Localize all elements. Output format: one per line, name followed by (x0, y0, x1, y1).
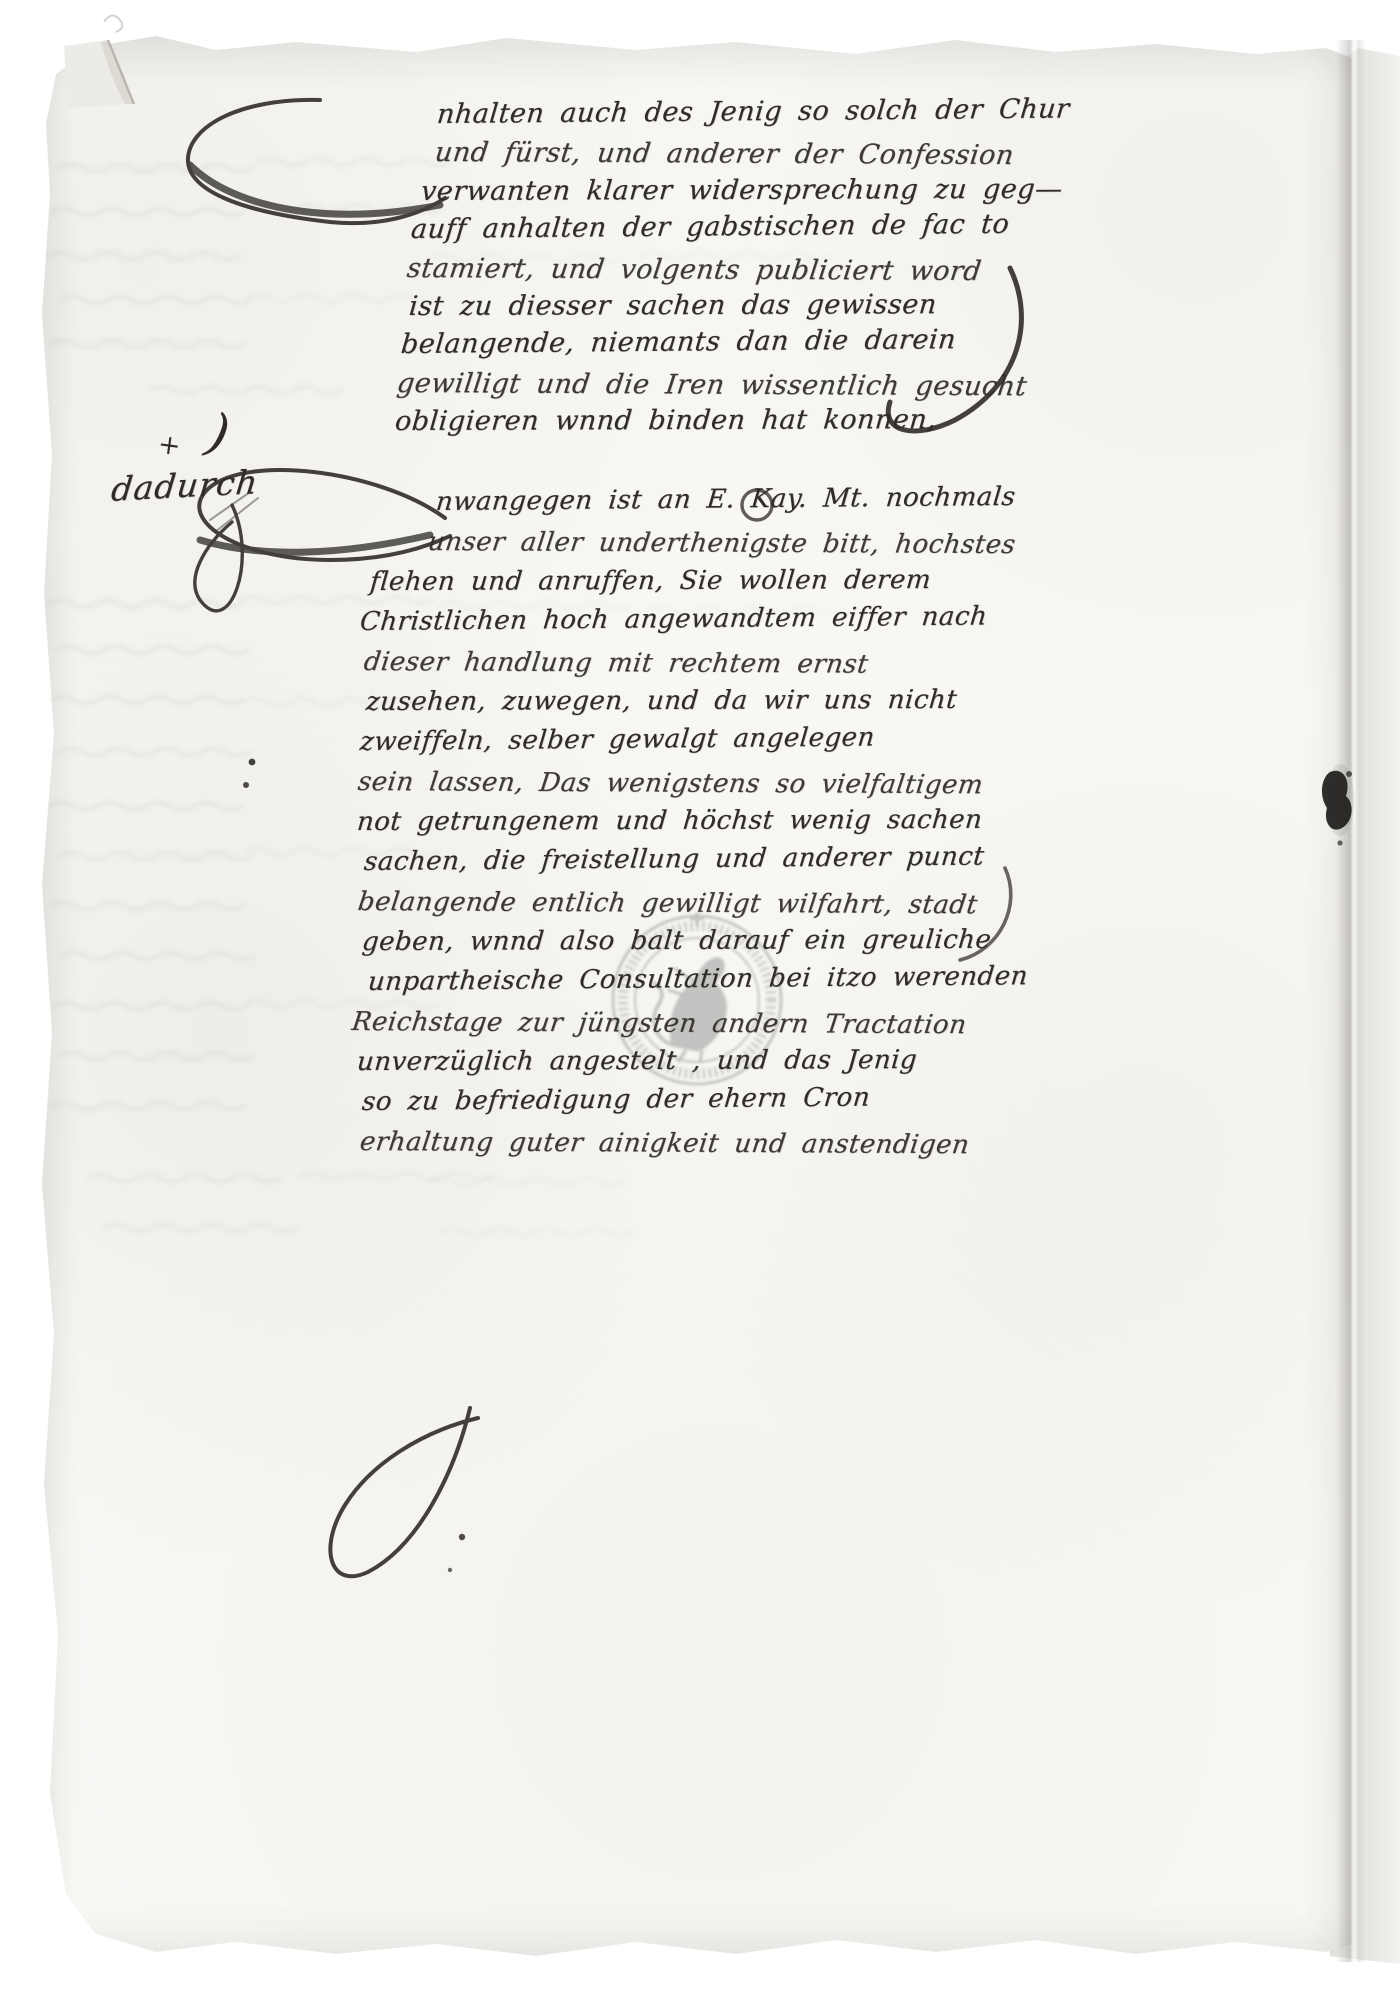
manuscript-line: nhalten auch des Jenig so solch der Chur (435, 90, 1071, 134)
manuscript-line: belangende entlich gewilligt wilfahrt, s… (355, 882, 1029, 926)
manuscript-line: Christlichen hoch angewandtem eiffer nac… (358, 596, 1030, 642)
manuscript-line: flehen und anruffen, Sie wollen derem (368, 560, 1029, 602)
manuscript-line: sachen, die freistellung und anderer pun… (362, 836, 1030, 882)
manuscript-line: obligieren wnnd binden hat konnen, (393, 401, 1070, 442)
manuscript-line: auff anhalten der gabstischen de fac to (409, 205, 1071, 249)
binding-crease (1336, 40, 1366, 1962)
margin-note-dadurch: dadurch (109, 462, 260, 509)
manuscript-line: so zu befriedigung der ehern Cron (360, 1076, 1030, 1122)
manuscript-line: zweiffeln, selber gewalgt angelegen (358, 716, 1030, 762)
manuscript-line: erhaltung guter ainigkeit und anstendige… (357, 1122, 1029, 1165)
manuscript-line: unpartheische Consultation bei itzo were… (366, 956, 1030, 1002)
manuscript-line: belangende, niemants dan die darein (399, 321, 1071, 365)
margin-plus-mark: + (156, 429, 183, 463)
manuscript-line: nwangegen ist an E. Kay. Mt. nochmals (434, 477, 1030, 522)
paragraph-2: nwangegen ist an E. Kay. Mt. nochmalsuns… (352, 482, 1027, 1162)
stray-pencil-mark (104, 15, 122, 32)
manuscript-line: und fürst, und anderer der Confession (433, 134, 1071, 176)
manuscript-line: unverzüglich angestelt , und das Jenig (355, 1040, 1029, 1082)
manuscript-line: dieser handlung mit rechtem ernst (361, 642, 1029, 685)
manuscript-line: unser aller underthenigste bitt, hochste… (425, 522, 1029, 565)
manuscript-line: not getrungenem und höchst wenig sachen (355, 800, 1029, 842)
document-scan: nhalten auch des Jenig so solch der Chur… (0, 0, 1400, 1999)
paragraph-1: nhalten auch des Jenig so solch der Chur… (395, 96, 1069, 442)
manuscript-line: geben, wnnd also balt darauf ein greulic… (360, 920, 1029, 962)
manuscript-line: zusehen, zuwegen, und da wir uns nicht (364, 680, 1029, 722)
manuscript-line: sein lassen, Das wenigstens so vielfalti… (355, 762, 1029, 806)
manuscript-line: Reichstage zur jüngsten andern Tractatio… (349, 1002, 1029, 1046)
